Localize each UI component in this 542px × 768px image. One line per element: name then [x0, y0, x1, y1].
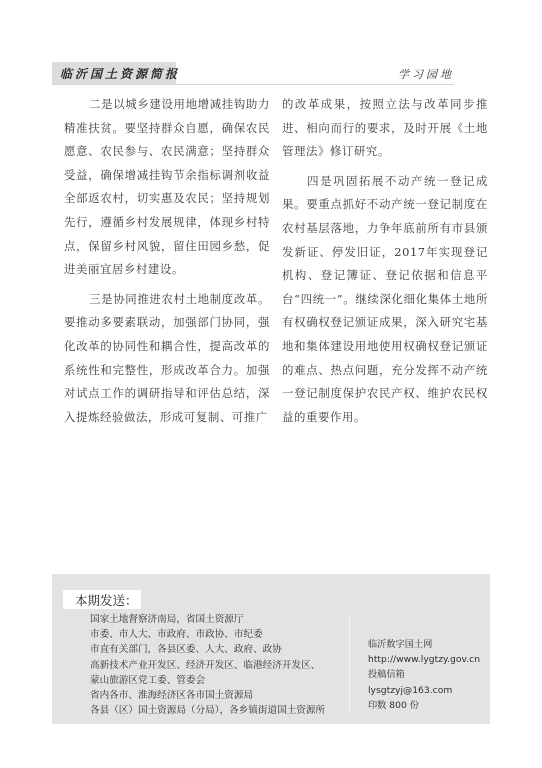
recipient-line: 蒙山旅游区党工委、管委会 [90, 673, 325, 688]
distribution-label-box: 本期发送： [63, 590, 141, 609]
article-paragraph: 二是以城乡建设用地增减挂钩助力精准扶贫。要坚持群众自愿，确保农民愿意、农民参与、… [64, 93, 270, 282]
contact-email: lysgtzyj@163.com [368, 683, 480, 698]
article-paragraph-continued: 的改革成果，按照立法与改革同步推进、相向而行的要求，及时开展《土地管理法》修订研… [282, 93, 488, 164]
section-title: 学习园地 [398, 66, 454, 82]
article-column-right: 的改革成果，按照立法与改革同步推进、相向而行的要求，及时开展《土地管理法》修订研… [282, 93, 488, 429]
recipient-list: 国家土地督察济南局，省国土资源厅 市委、市人大、市政府、市政协、市纪委 市直有关… [90, 612, 325, 718]
website-url: http://www.lygtzy.gov.cn [368, 652, 480, 667]
recipient-line: 市委、市人大、市政府、市政协、市纪委 [90, 627, 325, 642]
recipient-line: 国家土地督察济南局，省国土资源厅 [90, 612, 325, 627]
recipient-line: 各县（区）国土资源局（分局），各乡镇街道国土资源所 [90, 703, 325, 718]
website-name: 临沂数字国土网 [368, 637, 480, 652]
contact-info: 临沂数字国土网 http://www.lygtzy.gov.cn 投稿信箱 ly… [368, 637, 480, 713]
recipient-line: 省内各市、淮海经济区各市国土资源局 [90, 688, 325, 703]
distribution-label: 本期发送： [75, 591, 138, 609]
print-run: 印数 800 份 [368, 698, 480, 713]
publication-title-box: 临沂国土资源简报 [52, 62, 176, 84]
distribution-box: 本期发送： 国家土地督察济南局，省国土资源厅 市委、市人大、市政府、市政协、市纪… [52, 574, 490, 724]
article-column-left: 二是以城乡建设用地增减挂钩助力精准扶贫。要坚持群众自愿，确保农民愿意、农民参与、… [64, 93, 270, 429]
article-paragraph: 三是协同推进农村土地制度改革。要推动多要素联动，加强部门协同，强化改革的协同性和… [64, 288, 270, 430]
publication-title: 临沂国土资源简报 [60, 65, 180, 82]
recipient-line: 高新技术产业开发区、经济开发区、临港经济开发区、 [90, 658, 325, 673]
running-header: 临沂国土资源简报 学习园地 [52, 62, 454, 85]
distribution-divider [349, 616, 350, 714]
mailbox-label: 投稿信箱 [368, 667, 480, 682]
recipient-line: 市直有关部门，各县区委、人大、政府、政协 [90, 642, 325, 657]
article-paragraph: 四是巩固拓展不动产统一登记成果。要重点抓好不动产统一登记制度在农村基层落地，力争… [282, 170, 488, 430]
